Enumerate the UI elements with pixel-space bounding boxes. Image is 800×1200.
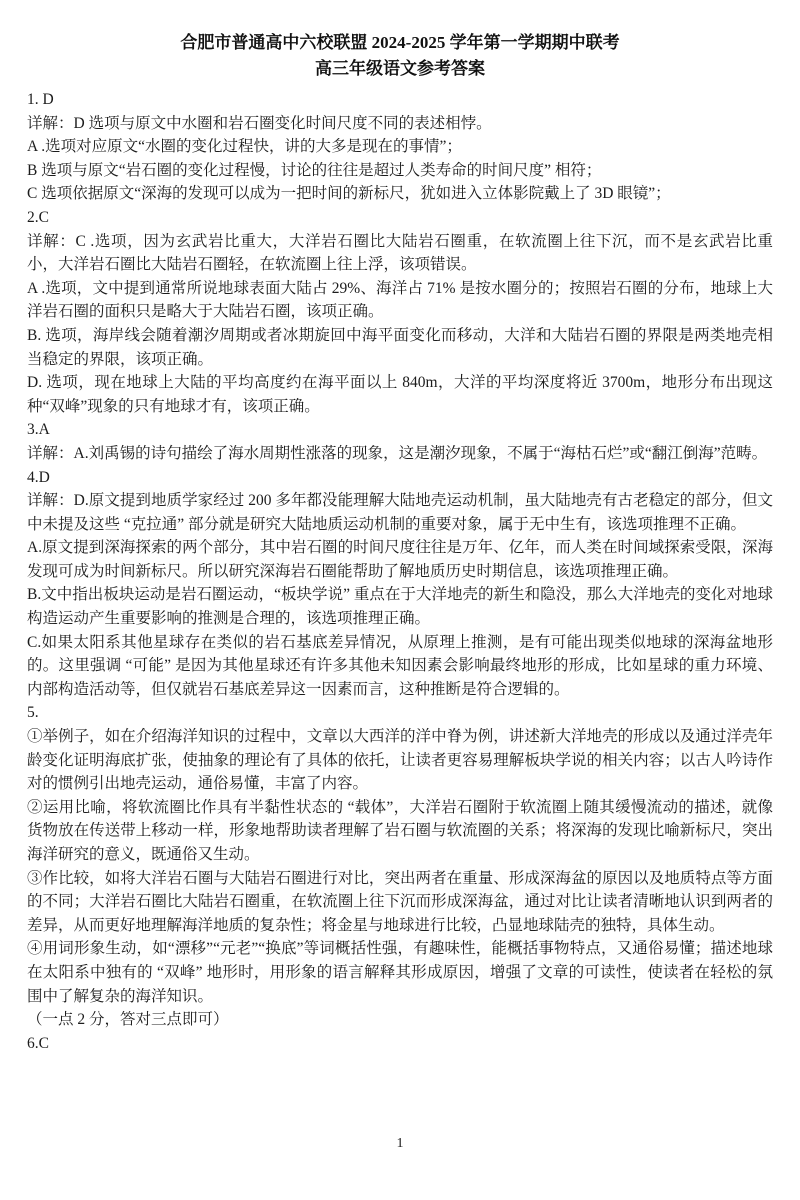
- answer-1-option-b: B 选项与原文“岩石圈的变化过程慢，讨论的往往是超过人类寿命的时间尺度” 相符；: [27, 159, 773, 183]
- answer-sheet-page: 合肥市普通高中六校联盟 2024-2025 学年第一学期期中联考 高三年级语文参…: [0, 0, 800, 1200]
- answer-5-point-2: ②运用比喻，将软流圈比作具有半黏性状态的 “载体”，大洋岩石圈附于软流圈上随其缓…: [27, 796, 773, 867]
- answer-2-option-b: B. 选项，海岸线会随着潮汐周期或者冰期旋回中海平面变化而移动，大洋和大陆岩石圈…: [27, 324, 773, 371]
- answer-1-option-c: C 选项依据原文“深海的发现可以成为一把时间的新标尺，犹如进入立体影院戴上了 3…: [27, 182, 773, 206]
- document-header: 合肥市普通高中六校联盟 2024-2025 学年第一学期期中联考 高三年级语文参…: [27, 30, 773, 82]
- answer-4-option-c: C.如果太阳系其他星球存在类似的岩石基底差异情况，从原理上推测，是有可能出现类似…: [27, 631, 773, 702]
- answer-1: 1. D: [27, 88, 773, 112]
- answer-2-option-a: A .选项，文中提到通常所说地球表面大陆占 29%、海洋占 71% 是按水圈分的…: [27, 277, 773, 324]
- answer-2: 2.C: [27, 206, 773, 230]
- page-number: 1: [0, 1136, 800, 1152]
- answer-4-option-b: B.文中指出板块运动是岩石圈运动，“板块学说” 重点在于大洋地壳的新生和隐没，那…: [27, 583, 773, 630]
- answer-5-point-4: ④用词形象生动，如“漂移”“元老”“换底”等词概括性强，有趣味性，能概括事物特点…: [27, 937, 773, 1008]
- answers-body: 1. D 详解：D 选项与原文中水圈和岩石圈变化时间尺度不同的表述相悖。 A .…: [27, 88, 773, 1055]
- document-subtitle: 高三年级语文参考答案: [27, 56, 773, 82]
- answer-4-option-a: A.原文提到深海探索的两个部分，其中岩石圈的时间尺度往往是万年、亿年，而人类在时…: [27, 536, 773, 583]
- answer-5: 5.: [27, 701, 773, 725]
- answer-1-detail: 详解：D 选项与原文中水圈和岩石圈变化时间尺度不同的表述相悖。: [27, 112, 773, 136]
- answer-5-scoring-note: （一点 2 分，答对三点即可）: [27, 1008, 773, 1032]
- answer-2-detail: 详解：C .选项，因为玄武岩比重大，大洋岩石圈比大陆岩石圈重，在软流圈上往下沉，…: [27, 230, 773, 277]
- answer-4-detail: 详解：D.原文提到地质学家经过 200 多年都没能理解大陆地壳运动机制，虽大陆地…: [27, 489, 773, 536]
- answer-4: 4.D: [27, 466, 773, 490]
- answer-6: 6.C: [27, 1032, 773, 1056]
- document-title: 合肥市普通高中六校联盟 2024-2025 学年第一学期期中联考: [27, 30, 773, 56]
- answer-1-option-a: A .选项对应原文“水圈的变化过程快，讲的大多是现在的事情”；: [27, 135, 773, 159]
- answer-3-detail: 详解：A.刘禹锡的诗句描绘了海水周期性涨落的现象，这是潮汐现象，不属于“海枯石烂…: [27, 442, 773, 466]
- answer-2-option-d: D. 选项，现在地球上大陆的平均高度约在海平面以上 840m，大洋的平均深度将近…: [27, 371, 773, 418]
- answer-3: 3.A: [27, 418, 773, 442]
- answer-5-point-3: ③作比较，如将大洋岩石圈与大陆岩石圈进行对比，突出两者在重量、形成深海盆的原因以…: [27, 867, 773, 938]
- answer-5-point-1: ①举例子，如在介绍海洋知识的过程中，文章以大西洋的洋中脊为例，讲述新大洋地壳的形…: [27, 725, 773, 796]
